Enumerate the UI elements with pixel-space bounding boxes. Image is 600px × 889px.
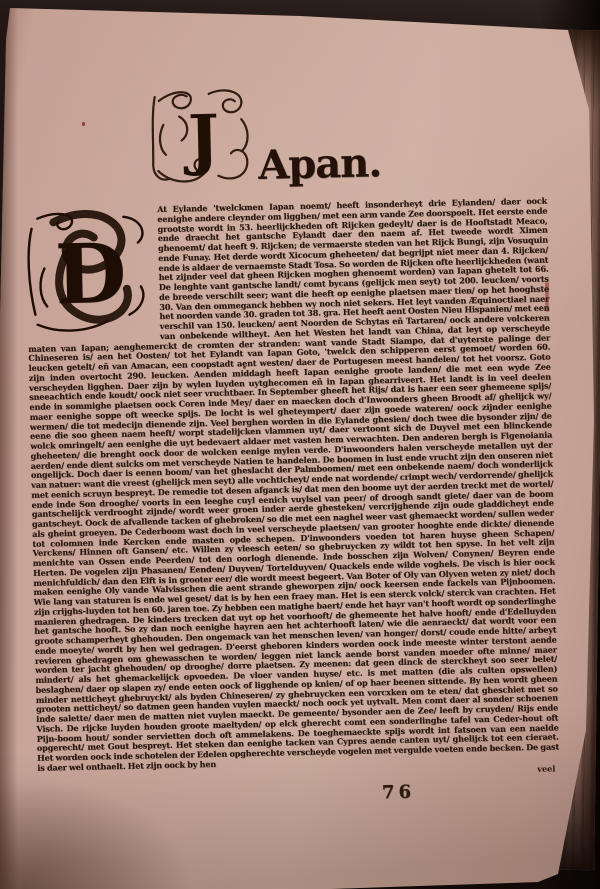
woodcut-initial-j-icon: J <box>148 85 254 189</box>
page-heading: J Apan. <box>148 78 594 190</box>
body-text-block: D At Eylande 'twelckmen Iapan noemt/ hee… <box>25 197 559 774</box>
page-title: Apan. <box>258 146 382 183</box>
book-photo: J Apan. <box>0 0 600 889</box>
woodcut-initial-d-icon: D <box>23 206 152 335</box>
book-page: J Apan. <box>0 0 600 889</box>
heading-initial-letter: J <box>182 100 220 179</box>
page-content: J Apan. <box>0 0 600 811</box>
dropcap-letter: D <box>54 226 127 324</box>
